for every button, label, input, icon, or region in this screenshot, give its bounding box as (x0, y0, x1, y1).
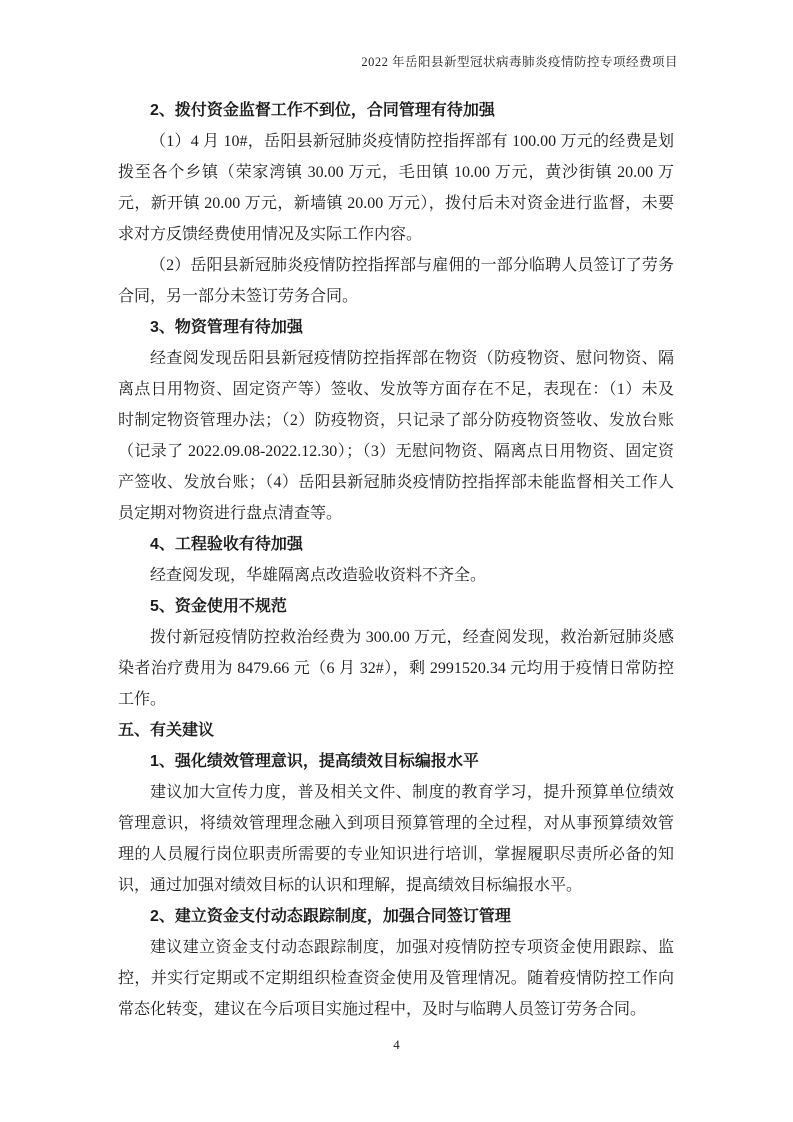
paragraph: 建议加大宣传力度，普及相关文件、制度的教育学习，提升预算单位绩效管理意识，将绩效… (118, 777, 674, 901)
heading: 3、物资管理有待加强 (118, 312, 674, 343)
document-page: 2022 年岳阳县新型冠状病毒肺炎疫情防控专项经费项目 2、拨付资金监督工作不到… (0, 0, 793, 1122)
heading: 2、建立资金支付动态跟踪制度，加强合同签订管理 (118, 901, 674, 932)
heading: 2、拨付资金监督工作不到位，合同管理有待加强 (118, 95, 674, 126)
paragraph: 建议建立资金支付动态跟踪制度，加强对疫情防控专项资金使用跟踪、监控，并实行定期或… (118, 932, 674, 1025)
paragraph: 经查阅发现岳阳县新冠疫情防控指挥部在物资（防疫物资、慰问物资、隔离点日用物资、固… (118, 343, 674, 529)
paragraph: （1）4 月 10#，岳阳县新冠肺炎疫情防控指挥部有 100.00 万元的经费是… (118, 126, 674, 250)
paragraph: 拨付新冠疫情防控救治经费为 300.00 万元，经查阅发现，救治新冠肺炎感染者治… (118, 622, 674, 715)
page-number: 4 (0, 1037, 793, 1053)
heading: 4、工程验收有待加强 (118, 529, 674, 560)
heading: 5、资金使用不规范 (118, 591, 674, 622)
paragraph: 经查阅发现，华雄隔离点改造验收资料不齐全。 (118, 560, 674, 591)
heading: 五、有关建议 (118, 715, 674, 746)
paragraph: （2）岳阳县新冠肺炎疫情防控指挥部与雇佣的一部分临聘人员签订了劳务合同，另一部分… (118, 250, 674, 312)
page-header-title: 2022 年岳阳县新型冠状病毒肺炎疫情防控专项经费项目 (118, 55, 678, 70)
document-body: 2、拨付资金监督工作不到位，合同管理有待加强（1）4 月 10#，岳阳县新冠肺炎… (118, 95, 674, 1025)
heading: 1、强化绩效管理意识，提高绩效目标编报水平 (118, 746, 674, 777)
